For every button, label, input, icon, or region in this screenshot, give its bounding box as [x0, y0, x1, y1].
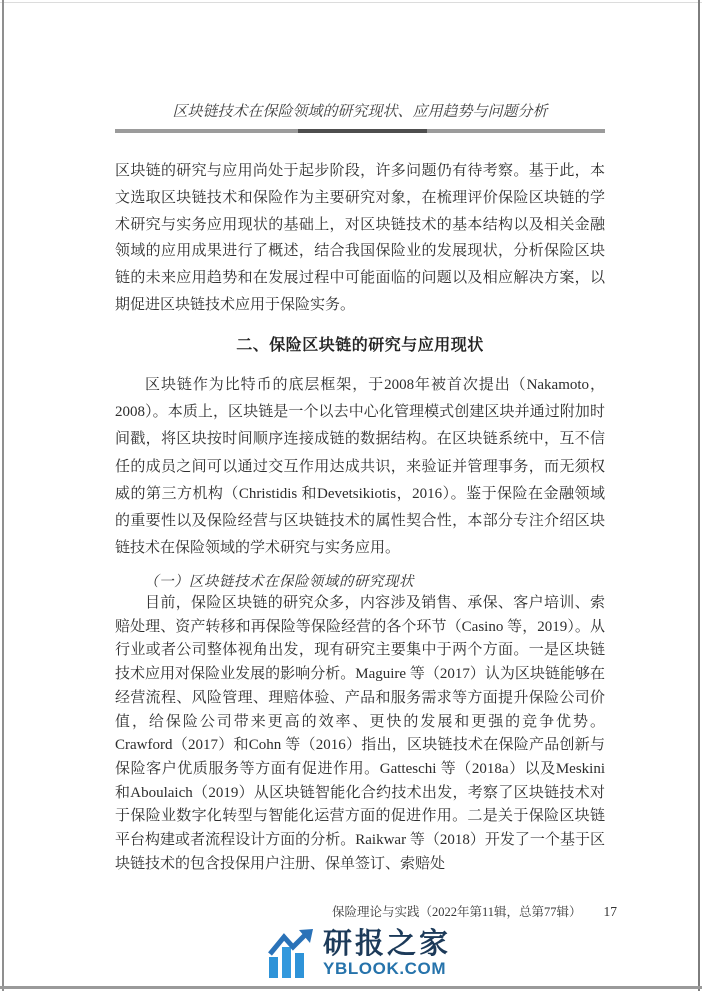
brand-text-block: 研报之家 YBLOOK.COM — [323, 929, 451, 978]
header-rule-dark-segment — [298, 129, 427, 133]
watermark-logo: 研报之家 YBLOOK.COM — [268, 929, 451, 979]
section-heading: 二、保险区块链的研究与应用现状 — [115, 332, 605, 355]
page-number: 17 — [604, 904, 618, 920]
page-footer: 保险理论与实践（2022年第11辑，总第77辑） 17 — [115, 902, 617, 920]
paragraph-intro-continued: 区块链的研究与应用尚处于起步阶段，许多问题仍有待考察。基于此，本文选取区块链技术… — [115, 158, 605, 319]
bar-chart-up-arrow-icon — [268, 929, 316, 979]
header-rule — [115, 129, 605, 133]
brand-name: 研报之家 — [323, 929, 451, 959]
page-top-edge — [0, 2, 702, 3]
page-bottom-edge — [0, 986, 702, 989]
paragraph-blockchain-origin: 区块链作为比特币的底层框架，于2008年被首次提出（Nakamoto，2008）… — [115, 372, 605, 562]
document-page: 区块链技术在保险领域的研究现状、应用趋势与问题分析 区块链的研究与应用尚处于起步… — [0, 0, 702, 991]
footer-journal-info: 保险理论与实践（2022年第11辑，总第77辑） — [332, 902, 582, 920]
subsection-heading: （一）区块链技术在保险领域的研究现状 — [115, 570, 605, 591]
brand-domain: YBLOOK.COM — [323, 960, 451, 978]
page-left-edge — [2, 0, 4, 991]
page-right-edge — [698, 0, 700, 991]
paragraph-research-status: 目前，保险区块链的研究众多，内容涉及销售、承保、客户培训、索赔处理、资产转移和再… — [115, 592, 605, 876]
running-title: 区块链技术在保险领域的研究现状、应用趋势与问题分析 — [115, 100, 605, 121]
